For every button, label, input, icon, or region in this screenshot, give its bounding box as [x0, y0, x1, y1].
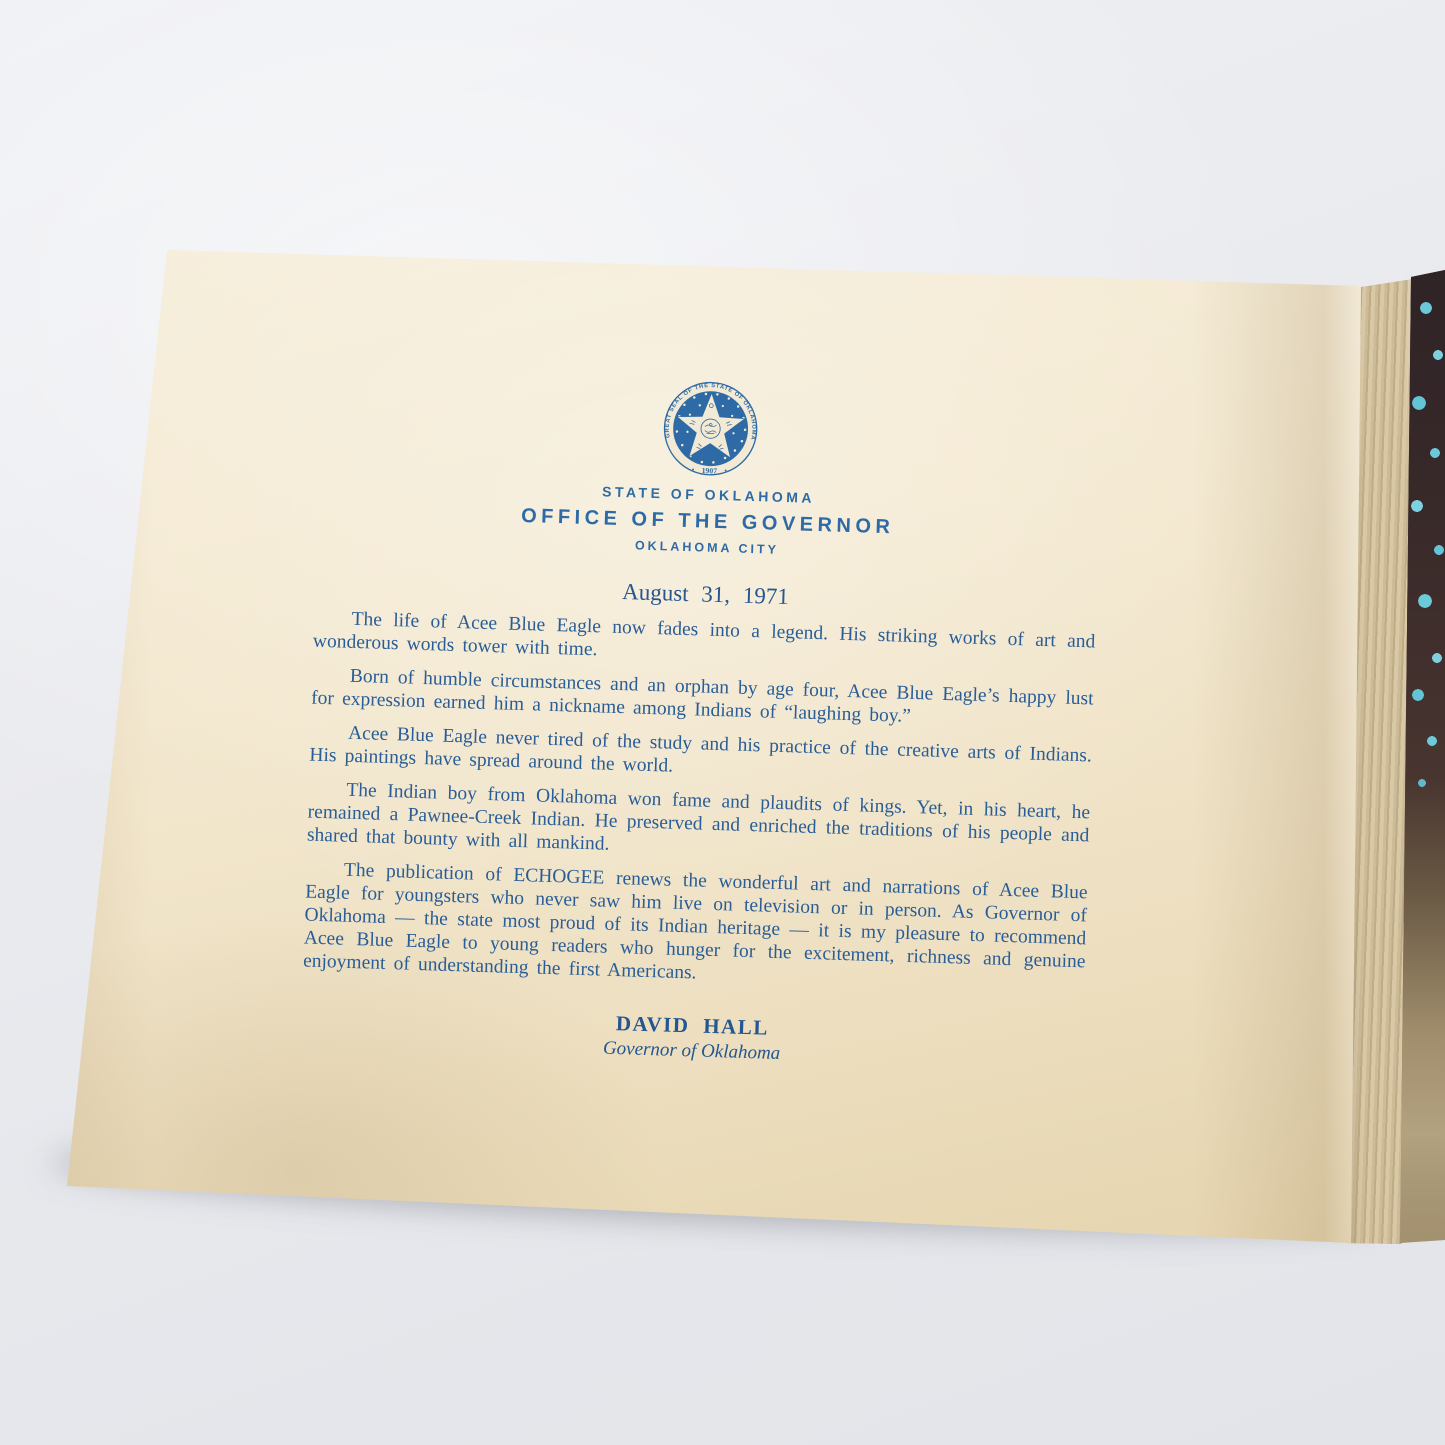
letter-paragraph: The life of Acee Blue Eagle now fades in… — [313, 607, 1096, 677]
signature-block: DAVID HALL Governor of Oklahoma — [300, 1001, 1083, 1074]
letter-paragraph: The publication of ECHOGEE renews the wo… — [303, 858, 1088, 997]
letter-body: The life of Acee Blue Eagle now fades in… — [303, 607, 1096, 997]
page-content-area: GREAT SEAL OF THE STATE OF OKLAHOMA 1907 — [136, 244, 1356, 1280]
seal-year: 1907 — [702, 466, 718, 475]
letter-paragraph: Acee Blue Eagle never tired of the study… — [309, 721, 1092, 791]
oklahoma-state-seal-icon: GREAT SEAL OF THE STATE OF OKLAHOMA 1907 — [661, 379, 760, 478]
photo-background: GREAT SEAL OF THE STATE OF OKLAHOMA 1907 — [0, 0, 1445, 1445]
letter-paragraph: Born of humble circumstances and an orph… — [311, 664, 1094, 734]
book-page: GREAT SEAL OF THE STATE OF OKLAHOMA 1907 — [60, 244, 1376, 1250]
letter-paragraph: The Indian boy from Oklahoma won fame an… — [307, 778, 1091, 871]
